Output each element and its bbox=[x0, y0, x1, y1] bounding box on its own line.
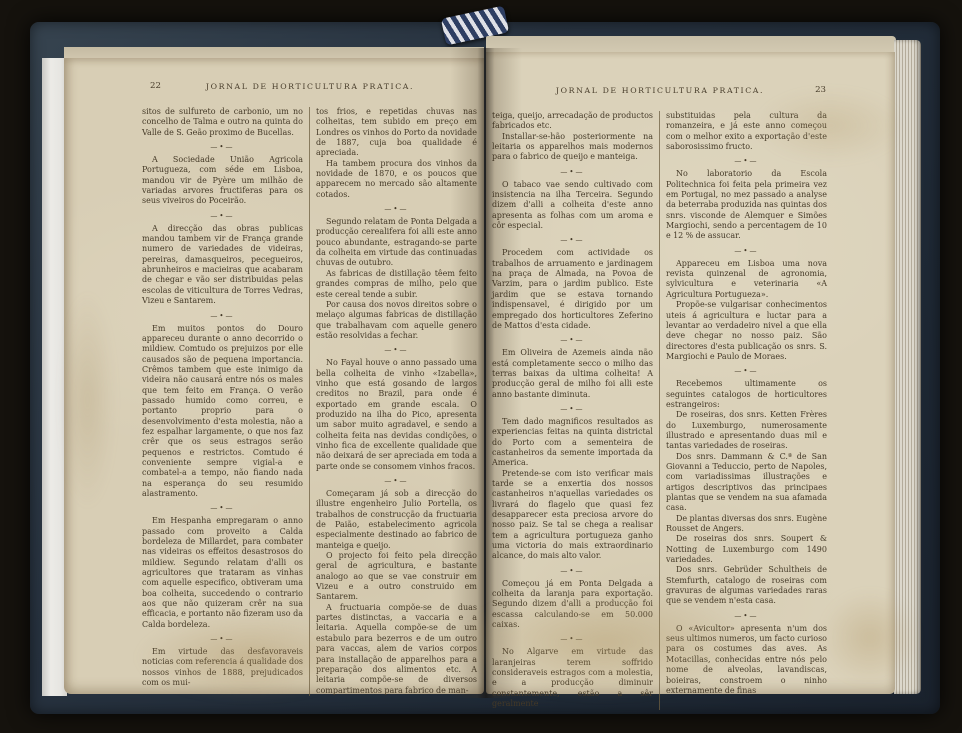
paragraph: Começaram já sob a direcção do illustre … bbox=[316, 489, 477, 551]
paragraph: Recebemos ultimamente os seguintes catal… bbox=[666, 379, 827, 410]
paragraph: Procedem com actividade os trabalhos de … bbox=[492, 248, 653, 331]
section-separator: —•— bbox=[492, 335, 653, 345]
paragraph: Em virtude das desfavoraveis noticias co… bbox=[142, 647, 303, 688]
section-separator: —•— bbox=[142, 142, 303, 152]
paragraph: tos frios, e repetidas chuvas nas colhei… bbox=[316, 107, 477, 159]
paragraph: Pretende-se com isto verificar mais tard… bbox=[492, 469, 653, 562]
section-separator: —•— bbox=[492, 404, 653, 414]
paragraph: A direcção das obras publicas mandou tam… bbox=[142, 224, 303, 307]
right-page-header: JORNAL DE HORTICULTURA PRATICA. 23 bbox=[492, 86, 828, 99]
paragraph: Appareceu em Lisboa uma nova revista qui… bbox=[666, 259, 827, 300]
page-number: 23 bbox=[815, 85, 826, 95]
section-separator: —•— bbox=[142, 311, 303, 321]
section-separator: —•— bbox=[492, 167, 653, 177]
paragraph: Segundo relatam de Ponta Delgada a produ… bbox=[316, 217, 477, 269]
paragraph: Propõe-se vulgarisar conhecimentos uteis… bbox=[666, 300, 827, 362]
page-stack-fore-edge bbox=[894, 40, 921, 694]
paragraph: Em Hespanha empregaram o anno passado co… bbox=[142, 516, 303, 630]
section-separator: —•— bbox=[316, 345, 477, 355]
paragraph: Por causa dos novos direitos sobre o mel… bbox=[316, 300, 477, 341]
column-rule bbox=[309, 107, 310, 696]
section-separator: —•— bbox=[666, 366, 827, 376]
paragraph: substituidas pela cultura da romanzeira,… bbox=[666, 111, 827, 152]
paragraph: A fructuaria compõe-se de duas partes di… bbox=[316, 603, 477, 696]
section-separator: —•— bbox=[492, 634, 653, 644]
paragraph: No Algarve em virtude das laranjeiras te… bbox=[492, 647, 653, 709]
paragraph: O tabaco vae sendo cultivado com insiste… bbox=[492, 180, 653, 232]
right-page-text-block: teiga, queijo, arrecadação de productos … bbox=[492, 111, 828, 710]
left-page-header: 22 JORNAL DE HORTICULTURA PRATICA. bbox=[142, 82, 478, 95]
paragraph: Installar-se-hão posteriormente na leita… bbox=[492, 132, 653, 163]
section-separator: —•— bbox=[316, 204, 477, 214]
section-separator: —•— bbox=[666, 611, 827, 621]
paragraph: Começou já em Ponta Delgada a colheita d… bbox=[492, 579, 653, 631]
left-page: 22 JORNAL DE HORTICULTURA PRATICA. sitos… bbox=[64, 58, 484, 694]
paragraph: Em muitos pontos do Douro appareceu dura… bbox=[142, 324, 303, 500]
left-page-text-block: sitos de sulfureto de carbonio, um no co… bbox=[142, 107, 478, 696]
column-rule bbox=[659, 111, 660, 710]
text-column-1: sitos de sulfureto de carbonio, um no co… bbox=[142, 107, 303, 696]
paragraph: No Fayal houve o anno passado uma bella … bbox=[316, 358, 477, 472]
paragraph: A Sociedade União Agricola Portugueza, c… bbox=[142, 155, 303, 207]
paragraph: Dos snrs. Dammann & C.ª de San Giovanni … bbox=[666, 452, 827, 514]
text-column-2: substituidas pela cultura da romanzeira,… bbox=[666, 111, 827, 710]
paragraph: No laboratorio da Escola Politechnica fo… bbox=[666, 169, 827, 241]
paragraph: sitos de sulfureto de carbonio, um no co… bbox=[142, 107, 303, 138]
running-title: JORNAL DE HORTICULTURA PRATICA. bbox=[492, 86, 828, 95]
right-page: JORNAL DE HORTICULTURA PRATICA. 23 teiga… bbox=[486, 52, 895, 694]
paragraph: De roseiras dos snrs. Soupert & Notting … bbox=[666, 534, 827, 565]
section-separator: —•— bbox=[316, 476, 477, 486]
paragraph: Tem dado magnificos resultados as experi… bbox=[492, 417, 653, 469]
paragraph: Em Oliveira de Azemeis ainda não está co… bbox=[492, 348, 653, 400]
section-separator: —•— bbox=[666, 156, 827, 166]
section-separator: —•— bbox=[492, 235, 653, 245]
paragraph: Dos snrs. Gebrüder Schultheis de Stemfur… bbox=[666, 565, 827, 606]
running-title: JORNAL DE HORTICULTURA PRATICA. bbox=[142, 82, 478, 91]
text-column-2: tos frios, e repetidas chuvas nas colhei… bbox=[316, 107, 477, 696]
section-separator: —•— bbox=[142, 503, 303, 513]
text-column-1: teiga, queijo, arrecadação de productos … bbox=[492, 111, 653, 710]
paragraph: Ha tambem procura dos vinhos da novidade… bbox=[316, 159, 477, 200]
paragraph: As fabricas de distillação têem feito gr… bbox=[316, 269, 477, 300]
book-scan: { "palette": { "background": "#15120d", … bbox=[0, 0, 962, 733]
section-separator: —•— bbox=[666, 246, 827, 256]
paragraph: O projecto foi feito pela direcção geral… bbox=[316, 551, 477, 603]
paragraph: O «Avicultor» apresenta n'um dos seus ul… bbox=[666, 624, 827, 696]
paragraph: De plantas diversas dos snrs. Eugène Rou… bbox=[666, 514, 827, 535]
paragraph: De roseiras, dos snrs. Ketten Frères do … bbox=[666, 410, 827, 451]
section-separator: —•— bbox=[142, 211, 303, 221]
section-separator: —•— bbox=[492, 566, 653, 576]
paragraph: teiga, queijo, arrecadação de productos … bbox=[492, 111, 653, 132]
section-separator: —•— bbox=[142, 634, 303, 644]
